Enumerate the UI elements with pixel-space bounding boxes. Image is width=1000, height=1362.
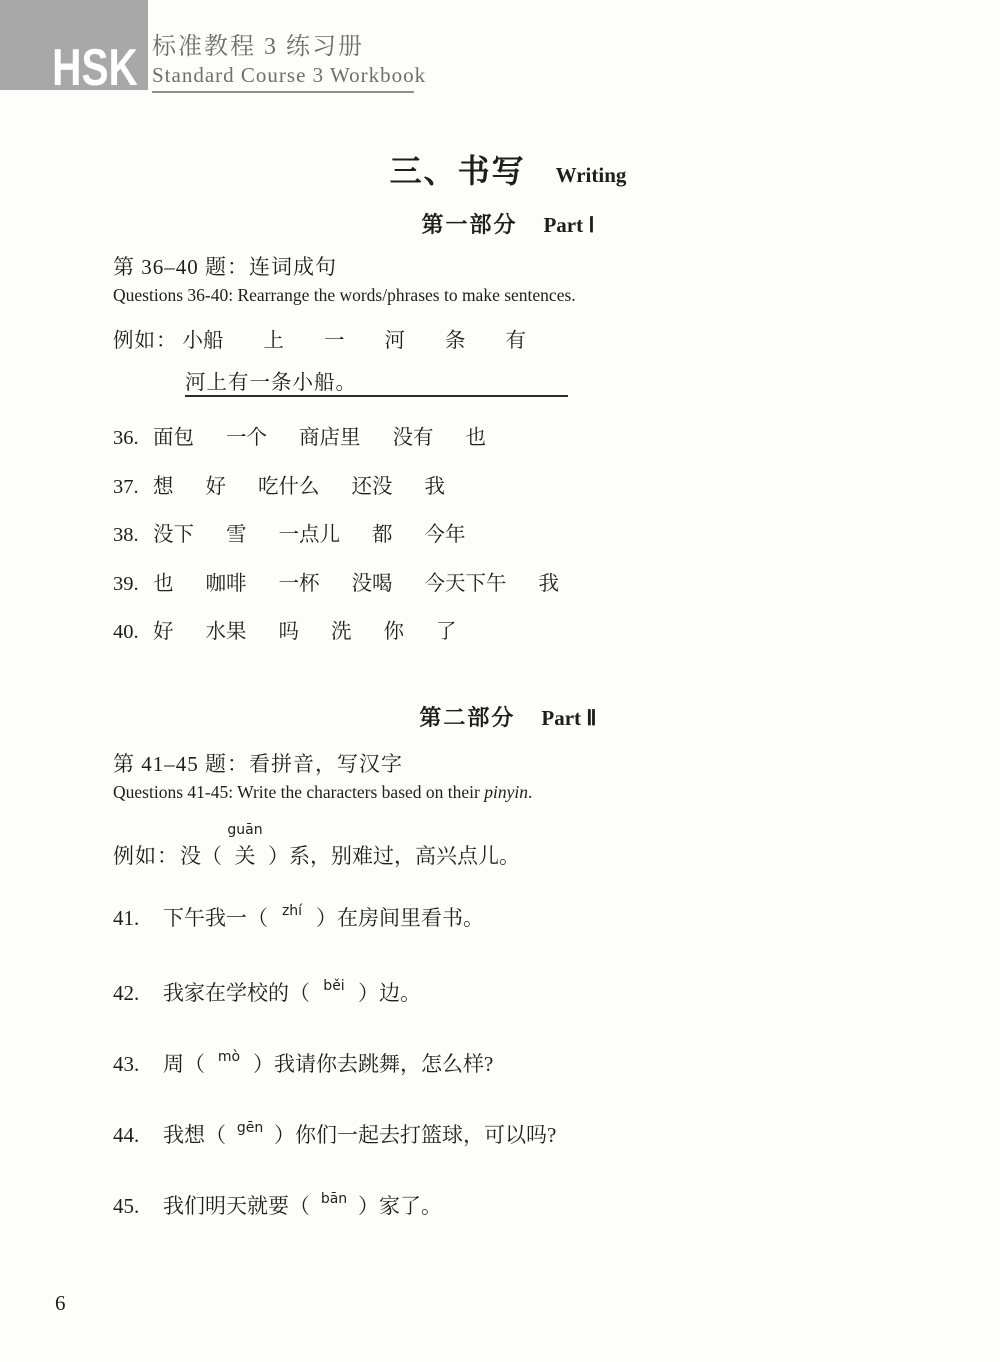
question-number: 37.	[113, 475, 153, 500]
question-row-36: 36. 面包 一个 商店里 没有 也	[113, 426, 486, 451]
question-row-43: 43. 周（mò）我请你去跳舞，怎么样?	[113, 1052, 493, 1077]
question-number: 41.	[113, 906, 163, 931]
word: 没下	[153, 523, 194, 548]
word: 今年	[425, 523, 466, 548]
sentence-post: ）你们一起去打篮球，可以吗?	[274, 1123, 556, 1147]
word: 洗	[331, 620, 352, 645]
pinyin-hint: mò	[218, 1050, 240, 1064]
question-number: 43.	[113, 1052, 163, 1077]
word: 一点儿	[279, 523, 341, 548]
word: 还没	[352, 475, 393, 500]
question-row-44: 44. 我想（gēn）你们一起去打篮球，可以吗?	[113, 1123, 556, 1148]
example-label: 例如：	[113, 329, 178, 354]
sentence-post: ）系，别难过，高兴点儿。	[268, 844, 520, 868]
word: 今天下午	[425, 572, 507, 597]
question-row-42: 42. 我家在学校的（běi）边。	[113, 981, 421, 1006]
question-number: 36.	[113, 426, 153, 451]
word: 都	[372, 523, 393, 548]
section-title-chinese: 三、书写	[390, 146, 526, 192]
sentence-pre: 我想（	[163, 1123, 226, 1147]
question-words: 想 好 吃什么 还没 我	[153, 475, 445, 500]
hsk-logo-text: HSK	[52, 42, 138, 94]
question-sentence: 我们明天就要（bān）家了。	[163, 1194, 442, 1219]
sentence-pre: 周（	[163, 1052, 205, 1076]
question-sentence: 我家在学校的（běi）边。	[163, 981, 421, 1006]
example-word: 一	[324, 329, 345, 354]
question-number: 45.	[113, 1194, 163, 1219]
part1-heading: 第一部分 Part Ⅰ	[16, 208, 1000, 239]
word: 一个	[226, 426, 267, 451]
word: 吃什么	[258, 475, 320, 500]
question-row-45: 45. 我们明天就要（bān）家了。	[113, 1194, 442, 1219]
question-sentence: 周（mò）我请你去跳舞，怎么样?	[163, 1052, 493, 1077]
section-title: 三、书写 Writing	[16, 146, 1000, 192]
instruction-prefix: Questions 41-45: Write the characters ba…	[113, 782, 484, 802]
word: 咖啡	[206, 572, 247, 597]
question-number: 38.	[113, 523, 153, 548]
part2-heading-chinese: 第二部分	[419, 701, 515, 732]
word: 我	[539, 572, 560, 597]
word: 商店里	[299, 426, 361, 451]
question-sentence: 我想（gēn）你们一起去打篮球，可以吗?	[163, 1123, 556, 1148]
pinyin-hint: běi	[323, 979, 344, 993]
question-number: 44.	[113, 1123, 163, 1148]
part1-heading-english: Part Ⅰ	[543, 213, 594, 238]
question-words: 也 咖啡 一杯 没喝 今天下午 我	[153, 572, 559, 597]
instruction-suffix: .	[528, 782, 532, 802]
question-row-38: 38. 没下 雪 一点儿 都 今年	[113, 523, 466, 548]
part2-example-row: 例如： 没（guān关）系，别难过，高兴点儿。	[113, 844, 520, 869]
sentence-post: ）我请你去跳舞，怎么样?	[253, 1052, 493, 1076]
word: 也	[466, 426, 487, 451]
word: 了	[436, 620, 457, 645]
sentence-post: ）边。	[358, 981, 421, 1005]
word: 好	[153, 620, 174, 645]
pinyin-hint: guān	[227, 823, 262, 837]
question-row-41: 41. 下午我一（zhí）在房间里看书。	[113, 906, 484, 931]
part1-example-row: 例如： 小船 上 一 河 条 有	[113, 329, 526, 354]
sentence-pre: 我们明天就要（	[163, 1194, 310, 1218]
word: 想	[153, 475, 174, 500]
sentence-post: ）家了。	[358, 1194, 442, 1218]
header-title-english: Standard Course 3 Workbook	[152, 63, 414, 87]
question-row-39: 39. 也 咖啡 一杯 没喝 今天下午 我	[113, 572, 559, 597]
question-words: 没下 雪 一点儿 都 今年	[153, 523, 466, 548]
question-words: 好 水果 吗 洗 你 了	[153, 620, 457, 645]
example-word: 有	[506, 329, 527, 354]
page-number: 6	[55, 1291, 66, 1316]
question-row-37: 37. 想 好 吃什么 还没 我	[113, 475, 445, 500]
sentence-pre: 下午我一（	[163, 906, 268, 930]
instruction-pinyin-italic: pinyin	[484, 782, 528, 802]
example-answer-character: 关	[235, 844, 256, 868]
part2-instruction-chinese: 第 41–45 题：看拼音，写汉字	[113, 748, 403, 778]
pinyin-hint: zhí	[282, 904, 302, 918]
word: 面包	[153, 426, 194, 451]
answer-blank: guān关	[222, 844, 268, 869]
part1-instruction-chinese: 第 36–40 题：连词成句	[113, 251, 337, 281]
word: 雪	[226, 523, 247, 548]
question-number: 42.	[113, 981, 163, 1006]
question-number: 39.	[113, 572, 153, 597]
word: 好	[206, 475, 227, 500]
word: 没喝	[352, 572, 393, 597]
part2-heading: 第二部分 Part Ⅱ	[16, 701, 1000, 732]
example-word: 条	[445, 329, 466, 354]
sentence-pre: 我家在学校的（	[163, 981, 310, 1005]
pinyin-hint: bān	[321, 1192, 347, 1206]
hsk-logo-box: HSK	[0, 0, 148, 90]
word: 没有	[393, 426, 434, 451]
workbook-page: HSK 标准教程 3 练习册 Standard Course 3 Workboo…	[0, 0, 1000, 1362]
word: 也	[153, 572, 174, 597]
part1-heading-chinese: 第一部分	[421, 208, 517, 239]
header-titles: 标准教程 3 练习册 Standard Course 3 Workbook	[152, 34, 414, 93]
question-sentence: 下午我一（zhí）在房间里看书。	[163, 906, 484, 931]
example-word: 小船	[183, 329, 224, 354]
example-word: 上	[264, 329, 285, 354]
sentence-pre: 没（	[180, 844, 222, 868]
question-words: 面包 一个 商店里 没有 也	[153, 426, 486, 451]
answer-underline	[185, 395, 568, 397]
example-sentence: 没（guān关）系，别难过，高兴点儿。	[180, 844, 520, 869]
word: 我	[425, 475, 446, 500]
example-answer: 河上有一条小船。	[185, 365, 357, 395]
example-word: 河	[385, 329, 406, 354]
pinyin-hint: gēn	[237, 1121, 263, 1135]
example-label: 例如：	[113, 844, 180, 869]
word: 你	[384, 620, 405, 645]
part2-heading-english: Part Ⅱ	[541, 706, 596, 731]
word: 一杯	[279, 572, 320, 597]
sentence-post: ）在房间里看书。	[316, 906, 484, 930]
part2-instruction-english: Questions 41-45: Write the characters ba…	[113, 782, 532, 803]
example-words: 小船 上 一 河 条 有	[183, 329, 527, 354]
question-number: 40.	[113, 620, 153, 645]
header-title-chinese: 标准教程 3 练习册	[152, 34, 414, 60]
question-row-40: 40. 好 水果 吗 洗 你 了	[113, 620, 457, 645]
section-title-english: Writing	[556, 163, 627, 188]
part1-instruction-english: Questions 36-40: Rearrange the words/phr…	[113, 285, 576, 306]
word: 吗	[279, 620, 300, 645]
word: 水果	[206, 620, 247, 645]
